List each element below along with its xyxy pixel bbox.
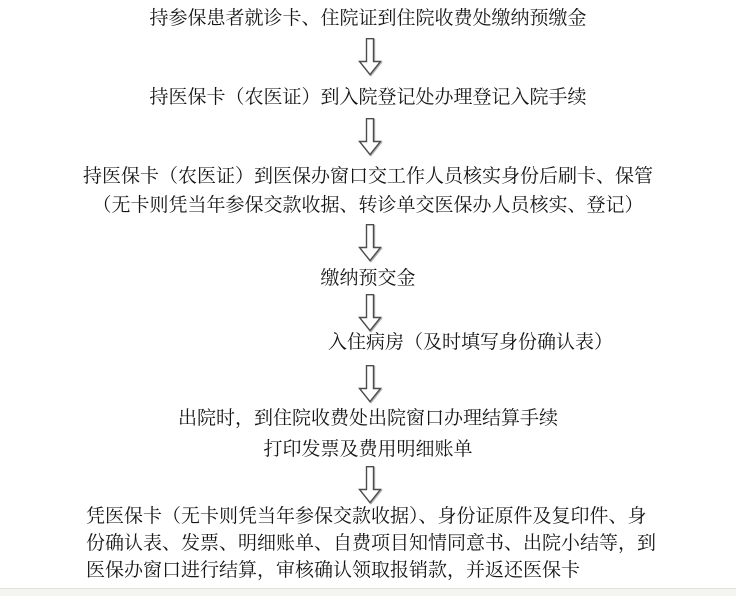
down-arrow-icon: [358, 294, 382, 332]
down-arrow-icon: [358, 365, 382, 403]
down-arrow-icon: [358, 118, 382, 156]
flow-step-7-text-line-1: 凭医保卡（无卡则凭当年参保交款收据）、身份证原件及复印件、身: [86, 507, 647, 527]
down-arrow-icon: [358, 466, 382, 504]
flow-step-3-text-line-1: 持医保卡（农医证）到医保办窗口交工作人员核实身份后刷卡、保管: [0, 167, 736, 187]
flow-step-5-text: 入住病房（及时填写身份确认表）: [328, 333, 613, 353]
flow-step-7-text-line-2: 份确认表、发票、明细账单、自费项目知情同意书、出院小结等，到: [86, 534, 656, 554]
down-arrow-icon: [358, 38, 382, 76]
window-bottom-edge: [0, 588, 736, 596]
flow-step-2-text: 持医保卡（农医证）到入院登记处办理登记入院手续: [0, 88, 736, 108]
down-arrow-icon: [358, 224, 382, 262]
flow-step-4-text: 缴纳预交金: [0, 269, 736, 289]
flowchart-page: 持参保患者就诊卡、住院证到住院收费处缴纳预缴金 持医保卡（农医证）到入院登记处办…: [0, 0, 736, 596]
flow-step-3-text-line-2: （无卡则凭当年参保交款收据、转诊单交医保办人员核实、登记）: [0, 196, 736, 216]
flow-step-6-text-line-1: 出院时，到住院收费处出院窗口办理结算手续: [0, 409, 736, 429]
flow-step-6-text-line-2: 打印发票及费用明细账单: [0, 440, 736, 460]
flow-step-1-text: 持参保患者就诊卡、住院证到住院收费处缴纳预缴金: [0, 9, 736, 29]
flow-step-7-text-line-3: 医保办窗口进行结算，审核确认领取报销款，并返还医保卡: [86, 561, 580, 581]
